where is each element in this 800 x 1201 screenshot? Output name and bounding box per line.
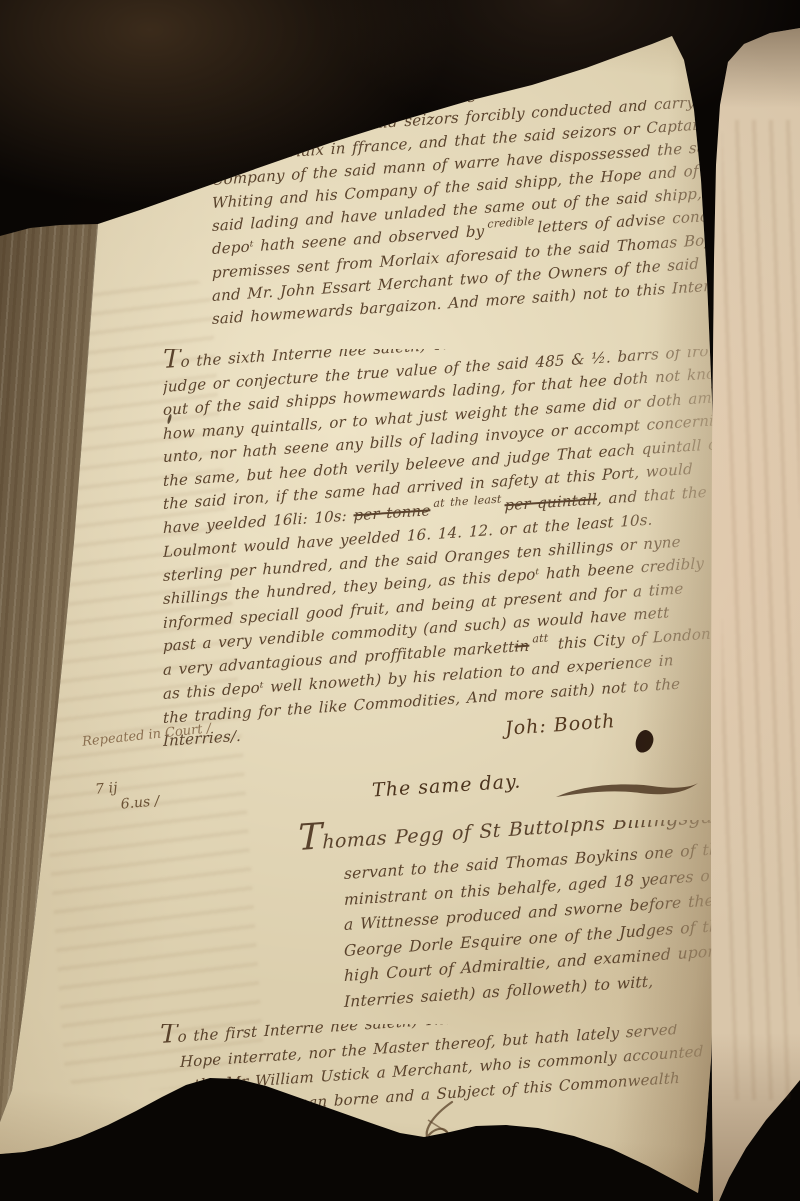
inserted-word: credible bbox=[487, 215, 534, 231]
session-heading: The same day. bbox=[371, 769, 521, 802]
struck-word: per quintall bbox=[504, 490, 597, 514]
exhibit-mark: 7 ij6.us / bbox=[95, 777, 160, 814]
struck-word: per tonne bbox=[353, 501, 430, 524]
struck-word: in bbox=[514, 636, 529, 655]
facing-page-bleedthrough bbox=[722, 120, 800, 1100]
deposition-answer-paragraph: To the sixth Interrie hee saieth) That h… bbox=[163, 349, 753, 754]
exhibit-mark-line: 7 ij bbox=[95, 780, 118, 798]
inserted-word: att bbox=[532, 631, 548, 645]
book-photo: King of ffrance or King of Portugall) an… bbox=[0, 0, 800, 1201]
witness-intro-paragraph: Thomas Pegg of St Buttolphs Billingsgate… bbox=[298, 820, 743, 1015]
pen-flourish bbox=[552, 778, 702, 808]
